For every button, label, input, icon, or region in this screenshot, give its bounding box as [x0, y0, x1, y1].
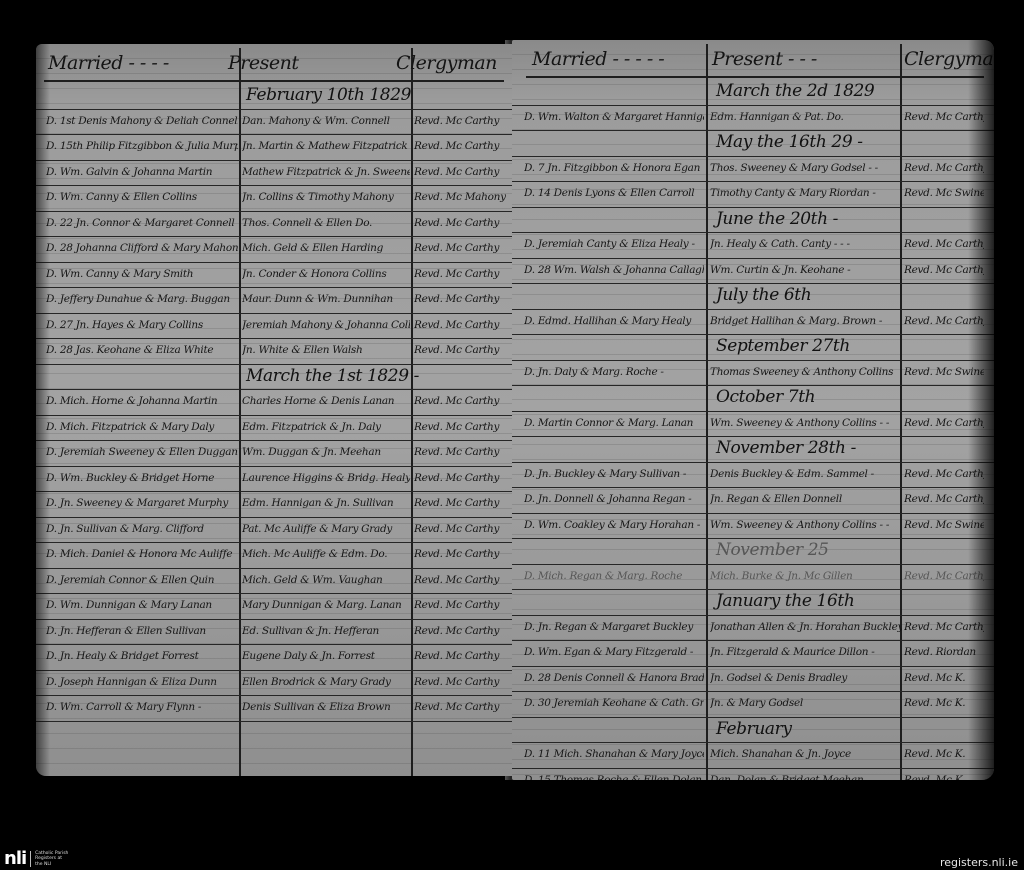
- date-heading: February: [716, 719, 792, 739]
- officiating-clergyman: Revd. Mc Carthy: [904, 621, 984, 633]
- date-heading-row: June the 20th -: [512, 208, 994, 234]
- witnesses-present: Edm. Hannigan & Pat. Do.: [710, 111, 902, 123]
- officiating-clergyman: Revd. Mc Carthy: [904, 315, 984, 327]
- witnesses-present: Jonathan Allen & Jn. Horahan Buckley: [710, 621, 902, 633]
- marriage-entry-row: D. 30 Jeremiah Keohane & Cath. GreenJn. …: [512, 692, 994, 718]
- married-names: D. Jn. Donnell & Johanna Regan -: [524, 493, 704, 505]
- register-rows: March the 2d 1829D. Wm. Walton & Margare…: [512, 80, 994, 780]
- officiating-clergyman: Revd. Mc Carthy: [414, 115, 506, 127]
- officiating-clergyman: Revd. Mc Carthy: [414, 497, 506, 509]
- marriage-entry-row: D. 15th Philip Fitzgibbon & Julia Murphy…: [36, 135, 514, 161]
- nli-logo: nli Catholic Parish Registers at the NLI: [4, 850, 69, 868]
- officiating-clergyman: Revd. Mc Carthy: [414, 293, 506, 305]
- officiating-clergyman: Revd. Mc Swiney: [904, 187, 984, 199]
- witnesses-present: Thomas Sweeney & Anthony Collins: [710, 366, 902, 378]
- date-heading-row: November 28th -: [512, 437, 994, 463]
- witnesses-present: Jn. Fitzgerald & Maurice Dillon -: [710, 646, 902, 658]
- date-heading-row: March the 1st 1829 -: [36, 365, 514, 391]
- marriage-entry-row: D. Wm. Egan & Mary Fitzgerald -Jn. Fitzg…: [512, 641, 994, 667]
- witnesses-present: Mich. Mc Auliffe & Edm. Do.: [242, 548, 410, 560]
- officiating-clergyman: Revd. Mc Carthy: [414, 676, 506, 688]
- date-heading-row: February: [512, 718, 994, 744]
- witnesses-present: Mary Dunnigan & Marg. Lanan: [242, 599, 410, 611]
- witnesses-present: Jn. Godsel & Denis Bradley: [710, 672, 902, 684]
- witnesses-present: Edm. Fitzpatrick & Jn. Daly: [242, 421, 410, 433]
- marriage-entry-row: D. Mich. Daniel & Honora Mc AuliffeMich.…: [36, 543, 514, 569]
- married-names: D. Jn. Daly & Marg. Roche -: [524, 366, 704, 378]
- witnesses-present: Wm. Duggan & Jn. Meehan: [242, 446, 410, 458]
- marriage-entry-row: D. 28 Johanna Clifford & Mary MahonyMich…: [36, 237, 514, 263]
- officiating-clergyman: Revd. Mc Carthy: [904, 162, 984, 174]
- witnesses-present: Bridget Hallihan & Marg. Brown -: [710, 315, 902, 327]
- date-heading-row: November 25: [512, 539, 994, 565]
- date-heading: February 10th 1829: [246, 85, 411, 105]
- marriage-entry-row: D. Wm. Carroll & Mary Flynn -Denis Sulli…: [36, 696, 514, 722]
- date-heading: October 7th: [716, 387, 815, 407]
- witnesses-present: Jeremiah Mahony & Johanna Collins: [242, 319, 410, 331]
- marriage-entry-row: D. Joseph Hannigan & Eliza DunnEllen Bro…: [36, 671, 514, 697]
- officiating-clergyman: Revd. Mc Carthy: [904, 264, 984, 276]
- married-names: D. 28 Denis Connell & Hanora Bradley: [524, 672, 704, 684]
- married-names: D. Jn. Hefferan & Ellen Sullivan: [46, 625, 238, 637]
- married-names: D. Edmd. Hallihan & Mary Healy: [524, 315, 704, 327]
- officiating-clergyman: Revd. Mc Carthy: [904, 111, 984, 123]
- officiating-clergyman: Revd. Mc Swiney -: [904, 519, 984, 531]
- marriage-entry-row: D. Jn. Donnell & Johanna Regan -Jn. Rega…: [512, 488, 994, 514]
- married-names: D. 14 Denis Lyons & Ellen Carroll: [524, 187, 704, 199]
- married-names: D. Wm. Walton & Margaret Hannigan: [524, 111, 704, 123]
- witnesses-present: Jn. Collins & Timothy Mahony: [242, 191, 410, 203]
- officiating-clergyman: Revd. Mc Carthy: [904, 417, 984, 429]
- date-heading: November 25: [716, 540, 829, 560]
- witnesses-present: Mich. Shanahan & Jn. Joyce: [710, 748, 902, 760]
- witnesses-present: Edm. Hannigan & Jn. Sullivan: [242, 497, 410, 509]
- marriage-entry-row: D. 15 Thomas Roche & Ellen DolanDan. Dol…: [512, 769, 994, 781]
- officiating-clergyman: Revd. Mc Carthy: [414, 523, 506, 535]
- marriage-entry-row: D. Jn. Regan & Margaret BuckleyJonathan …: [512, 616, 994, 642]
- marriage-entry-row: D. Wm. Dunnigan & Mary LananMary Dunniga…: [36, 594, 514, 620]
- marriage-entry-row: D. Wm. Coakley & Mary Horahan -Wm. Sween…: [512, 514, 994, 540]
- logo-divider: [30, 851, 31, 867]
- marriage-entry-row: D. Jeffery Dunahue & Marg. BugganMaur. D…: [36, 288, 514, 314]
- date-heading-row: March the 2d 1829: [512, 80, 994, 106]
- officiating-clergyman: Revd. Mc Carthy: [414, 574, 506, 586]
- date-heading-row: February 10th 1829: [36, 84, 514, 110]
- married-names: D. 27 Jn. Hayes & Mary Collins: [46, 319, 238, 331]
- marriage-entry-row: D. Mich. Regan & Marg. RocheMich. Burke …: [512, 565, 994, 591]
- married-names: D. Wm. Canny & Mary Smith: [46, 268, 238, 280]
- officiating-clergyman: Revd. Mc Carthy: [414, 217, 506, 229]
- marriage-entry-row: D. Jeremiah Canty & Eliza Healy -Jn. Hea…: [512, 233, 994, 259]
- married-names: D. Jeremiah Sweeney & Ellen Duggan: [46, 446, 238, 458]
- date-heading-row: January the 16th: [512, 590, 994, 616]
- officiating-clergyman: Revd. Mc Carthy: [414, 166, 506, 178]
- officiating-clergyman: Revd. Mc Carthy: [414, 701, 506, 713]
- married-names: D. Jeffery Dunahue & Marg. Buggan: [46, 293, 238, 305]
- date-heading-row: October 7th: [512, 386, 994, 412]
- header-married: Married - - - -: [48, 52, 169, 74]
- nli-logo-text: Catholic Parish Registers at the NLI: [35, 851, 69, 867]
- date-heading: July the 6th: [716, 285, 811, 305]
- married-names: D. 7 Jn. Fitzgibbon & Honora Egan: [524, 162, 704, 174]
- married-names: D. Jn. Regan & Margaret Buckley: [524, 621, 704, 633]
- witnesses-present: Ed. Sullivan & Jn. Hefferan: [242, 625, 410, 637]
- marriage-entry-row: D. Wm. Canny & Mary SmithJn. Conder & Ho…: [36, 263, 514, 289]
- register-rows: February 10th 1829D. 1st Denis Mahony & …: [36, 84, 514, 722]
- nli-logo-mark: nli: [4, 850, 26, 868]
- marriage-entry-row: D. Jeremiah Sweeney & Ellen DugganWm. Du…: [36, 441, 514, 467]
- witnesses-present: Denis Sullivan & Eliza Brown: [242, 701, 410, 713]
- married-names: D. Wm. Carroll & Mary Flynn -: [46, 701, 238, 713]
- witnesses-present: Denis Buckley & Edm. Sammel -: [710, 468, 902, 480]
- date-heading: June the 20th -: [716, 209, 838, 229]
- married-names: D. Jn. Sullivan & Marg. Clifford: [46, 523, 238, 535]
- officiating-clergyman: Revd. Mc K.: [904, 672, 984, 684]
- married-names: D. Wm. Canny & Ellen Collins: [46, 191, 238, 203]
- married-names: D. Mich. Regan & Marg. Roche: [524, 570, 704, 582]
- officiating-clergyman: Revd. Mc K.: [904, 748, 984, 760]
- marriage-entry-row: D. 27 Jn. Hayes & Mary CollinsJeremiah M…: [36, 314, 514, 340]
- witnesses-present: Mich. Geld & Wm. Vaughan: [242, 574, 410, 586]
- marriage-entry-row: D. Jn. Hefferan & Ellen SullivanEd. Sull…: [36, 620, 514, 646]
- witnesses-present: Wm. Curtin & Jn. Keohane -: [710, 264, 902, 276]
- officiating-clergyman: Revd. Mc Carthy: [414, 268, 506, 280]
- marriage-entry-row: D. Jn. Buckley & Mary Sullivan -Denis Bu…: [512, 463, 994, 489]
- marriage-entry-row: D. 28 Denis Connell & Hanora BradleyJn. …: [512, 667, 994, 693]
- married-names: D. 28 Jas. Keohane & Eliza White: [46, 344, 238, 356]
- officiating-clergyman: Revd. Mc Carthy: [414, 421, 506, 433]
- marriage-entry-row: D. Jn. Sullivan & Marg. CliffordPat. Mc …: [36, 518, 514, 544]
- married-names: D. 28 Wm. Walsh & Johanna Callaghan: [524, 264, 704, 276]
- witnesses-present: Jn. Regan & Ellen Donnell: [710, 493, 902, 505]
- image-viewer: Married - - - - Present Clergyman Februa…: [0, 0, 1024, 870]
- officiating-clergyman: Revd. Mc Carthy: [414, 140, 506, 152]
- marriage-entry-row: D. Jn. Daly & Marg. Roche -Thomas Sweene…: [512, 361, 994, 387]
- date-heading-row: September 27th: [512, 335, 994, 361]
- witnesses-present: Jn. Healy & Cath. Canty - - -: [710, 238, 902, 250]
- married-names: D. Wm. Egan & Mary Fitzgerald -: [524, 646, 704, 658]
- left-page: Married - - - - Present Clergyman Februa…: [36, 44, 514, 776]
- date-heading: March the 2d 1829: [716, 81, 874, 101]
- married-names: D. 15 Thomas Roche & Ellen Dolan: [524, 774, 704, 781]
- married-names: D. Jeremiah Canty & Eliza Healy -: [524, 238, 704, 250]
- marriage-entry-row: D. Mich. Fitzpatrick & Mary DalyEdm. Fit…: [36, 416, 514, 442]
- married-names: D. Wm. Buckley & Bridget Horne: [46, 472, 238, 484]
- header-present: Present: [228, 52, 298, 74]
- header-clergyman: Clergyman: [904, 48, 994, 70]
- officiating-clergyman: Revd. Mc Carthy: [904, 468, 984, 480]
- witnesses-present: Mathew Fitzpatrick & Jn. Sweeney: [242, 166, 410, 178]
- witnesses-present: Thos. Connell & Ellen Do.: [242, 217, 410, 229]
- witnesses-present: Pat. Mc Auliffe & Mary Grady: [242, 523, 410, 535]
- witnesses-present: Dan. Mahony & Wm. Connell: [242, 115, 410, 127]
- marriage-entry-row: D. Wm. Galvin & Johanna MartinMathew Fit…: [36, 161, 514, 187]
- marriage-entry-row: D. 28 Jas. Keohane & Eliza WhiteJn. Whit…: [36, 339, 514, 365]
- officiating-clergyman: Revd. Mc Carthy: [414, 650, 506, 662]
- marriage-entry-row: D. 14 Denis Lyons & Ellen CarrollTimothy…: [512, 182, 994, 208]
- marriage-entry-row: D. Jn. Healy & Bridget ForrestEugene Dal…: [36, 645, 514, 671]
- witnesses-present: Laurence Higgins & Bridg. Healy: [242, 472, 410, 484]
- date-heading: November 28th -: [716, 438, 856, 458]
- witnesses-present: Ellen Brodrick & Mary Grady: [242, 676, 410, 688]
- witnesses-present: Wm. Sweeney & Anthony Collins - -: [710, 417, 902, 429]
- officiating-clergyman: Revd. Mc Carthy: [904, 570, 984, 582]
- officiating-clergyman: Revd. Riordan: [904, 646, 984, 658]
- married-names: D. Jn. Sweeney & Margaret Murphy: [46, 497, 238, 509]
- married-names: D. 22 Jn. Connor & Margaret Connell: [46, 217, 238, 229]
- married-names: D. Jeremiah Connor & Ellen Quin: [46, 574, 238, 586]
- officiating-clergyman: Revd. Mc Mahony: [414, 191, 506, 203]
- marriage-entry-row: D. 22 Jn. Connor & Margaret ConnellThos.…: [36, 212, 514, 238]
- witnesses-present: Maur. Dunn & Wm. Dunnihan: [242, 293, 410, 305]
- married-names: D. 1st Denis Mahony & Deliah Connell: [46, 115, 238, 127]
- officiating-clergyman: Revd. Mc Carthy: [414, 625, 506, 637]
- marriage-entry-row: D. Wm. Buckley & Bridget HorneLaurence H…: [36, 467, 514, 493]
- witnesses-present: Charles Horne & Denis Lanan: [242, 395, 410, 407]
- header-clergyman: Clergyman: [396, 52, 497, 74]
- officiating-clergyman: Revd. Mc Carthy: [414, 548, 506, 560]
- married-names: D. Joseph Hannigan & Eliza Dunn: [46, 676, 238, 688]
- marriage-entry-row: D. Mich. Horne & Johanna MartinCharles H…: [36, 390, 514, 416]
- header-rule: [44, 80, 504, 82]
- officiating-clergyman: Revd. Mc Carthy: [414, 344, 506, 356]
- date-heading: January the 16th: [716, 591, 854, 611]
- officiating-clergyman: Revd. Mc K.: [904, 774, 984, 781]
- married-names: D. Jn. Buckley & Mary Sullivan -: [524, 468, 704, 480]
- marriage-entry-row: D. Edmd. Hallihan & Mary HealyBridget Ha…: [512, 310, 994, 336]
- date-heading: May the 16th 29 -: [716, 132, 863, 152]
- marriage-entry-row: D. 11 Mich. Shanahan & Mary JoyceMich. S…: [512, 743, 994, 769]
- marriage-entry-row: D. Jn. Sweeney & Margaret MurphyEdm. Han…: [36, 492, 514, 518]
- married-names: D. Jn. Healy & Bridget Forrest: [46, 650, 238, 662]
- marriage-entry-row: D. 28 Wm. Walsh & Johanna CallaghanWm. C…: [512, 259, 994, 285]
- officiating-clergyman: Revd. Mc Carthy: [414, 599, 506, 611]
- married-names: D. Wm. Galvin & Johanna Martin: [46, 166, 238, 178]
- married-names: D. Mich. Fitzpatrick & Mary Daly: [46, 421, 238, 433]
- married-names: D. Wm. Coakley & Mary Horahan -: [524, 519, 704, 531]
- marriage-entry-row: D. Wm. Walton & Margaret HanniganEdm. Ha…: [512, 106, 994, 132]
- witnesses-present: Jn. & Mary Godsel: [710, 697, 902, 709]
- married-names: D. Mich. Horne & Johanna Martin: [46, 395, 238, 407]
- header-present: Present - - -: [712, 48, 817, 70]
- married-names: D. 11 Mich. Shanahan & Mary Joyce: [524, 748, 704, 760]
- witnesses-present: Timothy Canty & Mary Riordan -: [710, 187, 902, 199]
- marriage-entry-row: D. 1st Denis Mahony & Deliah ConnellDan.…: [36, 110, 514, 136]
- witnesses-present: Eugene Daly & Jn. Forrest: [242, 650, 410, 662]
- witnesses-present: Mich. Burke & Jn. Mc Gillen: [710, 570, 902, 582]
- witnesses-present: Jn. Conder & Honora Collins: [242, 268, 410, 280]
- witnesses-present: Dan. Dolan & Bridget Meehan: [710, 774, 902, 781]
- officiating-clergyman: Revd. Mc Carthy: [414, 319, 506, 331]
- witnesses-present: Jn. Martin & Mathew Fitzpatrick: [242, 140, 410, 152]
- married-names: D. Wm. Dunnigan & Mary Lanan: [46, 599, 238, 611]
- witnesses-present: Mich. Geld & Ellen Harding: [242, 242, 410, 254]
- date-heading-row: May the 16th 29 -: [512, 131, 994, 157]
- witnesses-present: Jn. White & Ellen Walsh: [242, 344, 410, 356]
- officiating-clergyman: Revd. Mc K.: [904, 697, 984, 709]
- header-married: Married - - - - -: [532, 48, 664, 70]
- married-names: D. Martin Connor & Marg. Lanan: [524, 417, 704, 429]
- date-heading: March the 1st 1829 -: [246, 366, 419, 386]
- date-heading: September 27th: [716, 336, 850, 356]
- marriage-entry-row: D. Jeremiah Connor & Ellen QuinMich. Gel…: [36, 569, 514, 595]
- site-url[interactable]: registers.nli.ie: [940, 856, 1018, 869]
- officiating-clergyman: Revd. Mc Swiney: [904, 366, 984, 378]
- officiating-clergyman: Revd. Mc Carthy: [414, 395, 506, 407]
- marriage-entry-row: D. 7 Jn. Fitzgibbon & Honora EganThos. S…: [512, 157, 994, 183]
- officiating-clergyman: Revd. Mc Carthy: [904, 238, 984, 250]
- witnesses-present: Wm. Sweeney & Anthony Collins - -: [710, 519, 902, 531]
- marriage-entry-row: D. Martin Connor & Marg. LananWm. Sweene…: [512, 412, 994, 438]
- officiating-clergyman: Revd. Mc Carthy: [414, 446, 506, 458]
- header-rule: [526, 76, 984, 78]
- witnesses-present: Thos. Sweeney & Mary Godsel - -: [710, 162, 902, 174]
- marriage-entry-row: D. Wm. Canny & Ellen CollinsJn. Collins …: [36, 186, 514, 212]
- married-names: D. 30 Jeremiah Keohane & Cath. Green: [524, 697, 704, 709]
- married-names: D. 28 Johanna Clifford & Mary Mahony: [46, 242, 238, 254]
- married-names: D. 15th Philip Fitzgibbon & Julia Murphy: [46, 140, 238, 152]
- married-names: D. Mich. Daniel & Honora Mc Auliffe: [46, 548, 238, 560]
- officiating-clergyman: Revd. Mc Carthy: [904, 493, 984, 505]
- officiating-clergyman: Revd. Mc Carthy: [414, 242, 506, 254]
- right-page: Married - - - - - Present - - - Clergyma…: [512, 40, 994, 780]
- officiating-clergyman: Revd. Mc Carthy: [414, 472, 506, 484]
- date-heading-row: July the 6th: [512, 284, 994, 310]
